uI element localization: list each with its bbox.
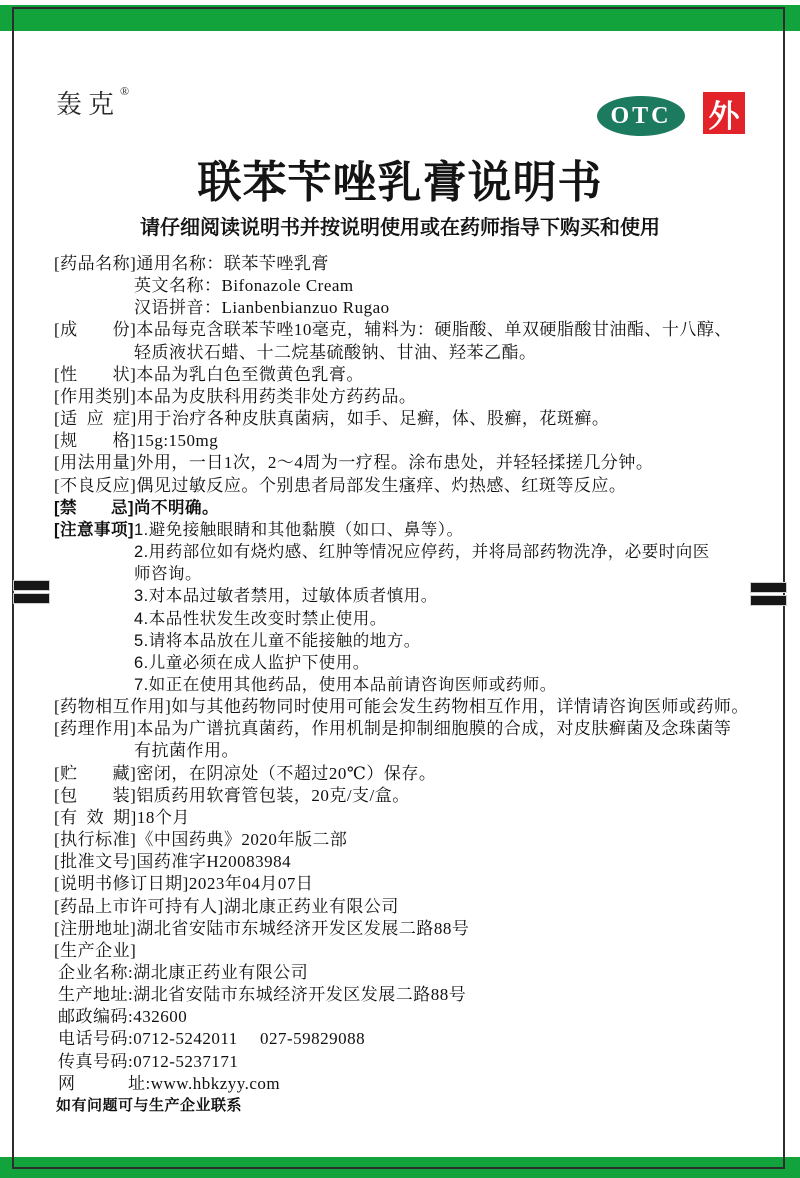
text-line: 6.儿童必须在成人监护下使用。 [54, 652, 768, 674]
field-label: [药品上市许可持有人] [54, 897, 224, 916]
field-text: 偶见过敏反应。个别患者局部发生瘙痒、灼热感、红斑等反应。 [136, 476, 626, 495]
field-text: 企业名称:湖北康正药业有限公司 [58, 963, 308, 982]
field-text: 15g:150mg [136, 431, 218, 450]
otc-badge: OTC [597, 96, 685, 136]
text-line: [作用类别]本品为皮肤科用药类非处方药药品。 [54, 386, 768, 408]
text-line: 企业名称:湖北康正药业有限公司 [54, 962, 768, 984]
text-line: 轻质液状石蜡、十二烷基硫酸钠、甘油、羟苯乙酯。 [54, 342, 768, 364]
top-green-bar [0, 5, 800, 31]
field-label: [作用类别] [54, 387, 136, 406]
field-label: [适 应 症] [54, 409, 137, 428]
field-label: [有 效 期] [54, 808, 137, 827]
field-text: 本品每克含联苯苄唑10毫克，辅料为：硬脂酸、单双硬脂酸甘油酯、十八醇、 [136, 320, 732, 339]
field-label: [成 份] [54, 320, 136, 339]
text-line: [性 状]本品为乳白色至微黄色乳膏。 [54, 364, 768, 386]
text-line: [药理作用]本品为广谱抗真菌药，作用机制是抑制细胞膜的合成，对皮肤癣菌及念珠菌等 [54, 718, 768, 740]
text-line: [用法用量]外用，一日1次，2～4周为一疗程。涂布患处，并轻轻揉搓几分钟。 [54, 452, 768, 474]
otc-badge-label: OTC [610, 103, 671, 130]
text-line: [注意事项]1.避免接触眼睛和其他黏膜（如口、鼻等）。 [54, 519, 768, 541]
field-text: 通用名称：联苯苄唑乳膏 [136, 254, 329, 273]
text-line: 生产地址:湖北省安陆市东城经济开发区发展二路88号 [54, 984, 768, 1006]
text-line: [批准文号]国药准字H20083984 [54, 851, 768, 873]
field-label: [生产企业] [54, 941, 136, 960]
field-text: 3.对本品过敏者禁用，过敏体质者慎用。 [134, 587, 438, 605]
field-text: 生产地址:湖北省安陆市东城经济开发区发展二路88号 [58, 985, 466, 1004]
field-text: 国药准字H20083984 [136, 852, 291, 871]
field-text: 7.如正在使用其他药品，使用本品前请咨询医师或药师。 [134, 676, 557, 694]
text-line: 电话号码:0712-5242011 027-59829088 [54, 1028, 768, 1050]
text-line: [成 份]本品每克含联苯苄唑10毫克，辅料为：硬脂酸、单双硬脂酸甘油酯、十八醇、 [54, 319, 768, 341]
text-line: [药物相互作用]如与其他药物同时使用可能会发生药物相互作用，详情请咨询医师或药师… [54, 696, 768, 718]
field-text: 汉语拼音：Lianbenbianzuo Rugao [134, 298, 390, 317]
field-text: 2.用药部位如有烧灼感、红肿等情况应停药，并将局部药物洗净，必要时向医 [134, 543, 710, 561]
field-label: [注意事项] [54, 521, 134, 539]
field-label: [包 装] [54, 786, 136, 805]
bottom-green-bar [0, 1157, 800, 1178]
field-text: 邮政编码:432600 [58, 1007, 187, 1026]
field-label: [不良反应] [54, 476, 136, 495]
text-line: 2.用药部位如有烧灼感、红肿等情况应停药，并将局部药物洗净，必要时向医 [54, 541, 768, 563]
field-text: 2023年04月07日 [189, 874, 314, 893]
field-label: [药物相互作用] [54, 697, 171, 716]
field-text: 用于治疗各种皮肤真菌病，如手、足癣，体、股癣，花斑癣。 [137, 409, 610, 428]
field-label: [性 状] [54, 365, 136, 384]
text-line: [包 装]铝质药用软膏管包装，20克/支/盒。 [54, 785, 768, 807]
field-label: [规 格] [54, 431, 136, 450]
field-label: [药理作用] [54, 719, 136, 738]
field-text: 尚不明确。 [134, 499, 219, 517]
text-line: 4.本品性状发生改变时禁止使用。 [54, 608, 768, 630]
field-text: 如有问题可与生产企业联系 [56, 1097, 242, 1114]
field-text: 本品为广谱抗真菌药，作用机制是抑制细胞膜的合成，对皮肤癣菌及念珠菌等 [136, 719, 731, 738]
text-line: 师咨询。 [54, 563, 768, 585]
text-line: 汉语拼音：Lianbenbianzuo Rugao [54, 297, 768, 319]
text-line: 传真号码:0712-5237171 [54, 1051, 768, 1073]
text-line: 如有问题可与生产企业联系 [54, 1095, 768, 1117]
text-line: [不良反应]偶见过敏反应。个别患者局部发生瘙痒、灼热感、红斑等反应。 [54, 475, 768, 497]
brand-logo: 轰克® [56, 84, 129, 121]
text-line: [药品上市许可持有人]湖北康正药业有限公司 [54, 896, 768, 918]
field-text: 5.请将本品放在儿童不能接触的地方。 [134, 632, 421, 650]
field-label: [注册地址] [54, 919, 136, 938]
registered-trademark-icon: ® [120, 84, 129, 98]
field-text: 师咨询。 [134, 565, 202, 583]
field-text: 网 址:www.hbkzyy.com [58, 1074, 280, 1093]
field-text: 湖北康正药业有限公司 [224, 897, 399, 916]
text-line: 有抗菌作用。 [54, 740, 768, 762]
field-label: [执行标准] [54, 830, 136, 849]
text-line: [生产企业] [54, 940, 768, 962]
field-text: 铝质药用软膏管包装，20克/支/盒。 [136, 786, 409, 805]
text-line: 英文名称：Bifonazole Cream [54, 275, 768, 297]
text-line: [贮 藏]密闭，在阴凉处（不超过20℃）保存。 [54, 763, 768, 785]
field-text: 1.避免接触眼睛和其他黏膜（如口、鼻等）。 [134, 521, 464, 539]
field-text: 湖北省安陆市东城经济开发区发展二路88号 [136, 919, 469, 938]
text-line: [执行标准]《中国药典》2020年版二部 [54, 829, 768, 851]
field-label: [用法用量] [54, 453, 136, 472]
field-text: 外用，一日1次，2～4周为一疗程。涂布患处，并轻轻揉搓几分钟。 [136, 453, 653, 472]
field-text: 4.本品性状发生改变时禁止使用。 [134, 610, 387, 628]
text-line: 邮政编码:432600 [54, 1006, 768, 1028]
field-label: [药品名称] [54, 254, 136, 273]
field-label: [禁 忌] [54, 499, 134, 517]
text-line: [注册地址]湖北省安陆市东城经济开发区发展二路88号 [54, 918, 768, 940]
text-line: [适 应 症]用于治疗各种皮肤真菌病，如手、足癣，体、股癣，花斑癣。 [54, 408, 768, 430]
field-text: 18个月 [137, 808, 190, 827]
leaflet-page: 轰克® OTC 外 联苯苄唑乳膏说明书 请仔细阅读说明书并按说明使用或在药师指导… [0, 0, 800, 1178]
field-text: 6.儿童必须在成人监护下使用。 [134, 654, 370, 672]
text-line: 5.请将本品放在儿童不能接触的地方。 [54, 630, 768, 652]
field-label: [说明书修订日期] [54, 874, 189, 893]
brand-logo-text: 轰克 [56, 90, 120, 119]
field-label: [贮 藏] [54, 764, 136, 783]
text-line: [药品名称]通用名称：联苯苄唑乳膏 [54, 253, 768, 275]
field-text: 传真号码:0712-5237171 [58, 1052, 238, 1071]
field-text: 电话号码:0712-5242011 027-59829088 [58, 1029, 365, 1048]
page-subtitle: 请仔细阅读说明书并按说明使用或在药师指导下购买和使用 [0, 211, 800, 240]
field-text: 有抗菌作用。 [134, 741, 239, 760]
registration-mark [14, 594, 49, 603]
field-text: 本品为乳白色至微黄色乳膏。 [136, 365, 364, 384]
page-title: 联苯苄唑乳膏说明书 [0, 146, 800, 210]
field-text: 密闭，在阴凉处（不超过20℃）保存。 [136, 764, 436, 783]
field-text: 轻质液状石蜡、十二烷基硫酸钠、甘油、羟苯乙酯。 [134, 343, 537, 362]
field-text: 英文名称：Bifonazole Cream [134, 276, 354, 295]
text-line: 3.对本品过敏者禁用，过敏体质者慎用。 [54, 585, 768, 607]
text-line: [规 格]15g:150mg [54, 430, 768, 452]
registration-mark [14, 581, 49, 590]
text-line: [说明书修订日期]2023年04月07日 [54, 873, 768, 895]
text-line: [禁 忌]尚不明确。 [54, 497, 768, 519]
external-use-badge: 外 [703, 92, 745, 134]
external-use-badge-label: 外 [709, 91, 740, 136]
text-line: 网 址:www.hbkzyy.com [54, 1073, 768, 1095]
field-text: 《中国药典》2020年版二部 [136, 830, 347, 849]
field-text: 如与其他药物同时使用可能会发生药物相互作用，详情请咨询医师或药师。 [171, 697, 749, 716]
field-label: [批准文号] [54, 852, 136, 871]
leaflet-body: [药品名称]通用名称：联苯苄唑乳膏英文名称：Bifonazole Cream汉语… [54, 253, 768, 1117]
text-line: 7.如正在使用其他药品，使用本品前请咨询医师或药师。 [54, 674, 768, 696]
field-text: 本品为皮肤科用药类非处方药药品。 [136, 387, 416, 406]
text-line: [有 效 期]18个月 [54, 807, 768, 829]
